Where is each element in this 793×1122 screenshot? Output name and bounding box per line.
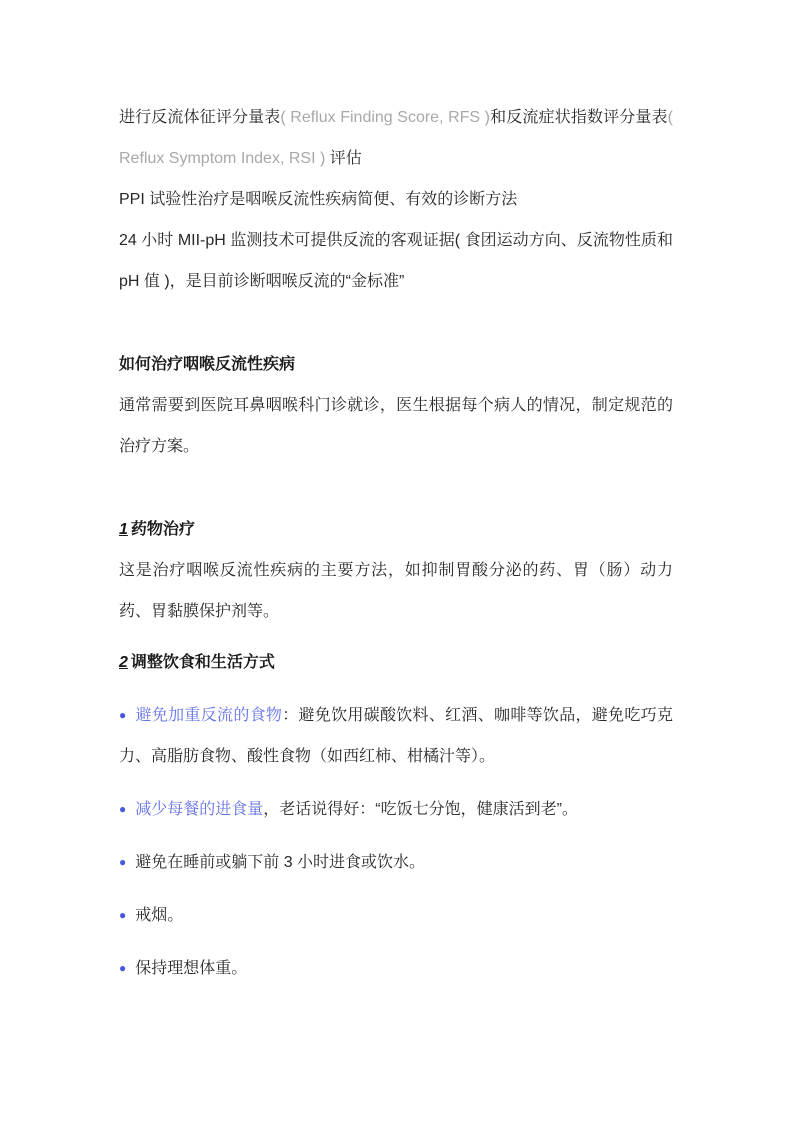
bullet-text-ideal-weight: 保持理想体重。 — [135, 960, 247, 977]
bullet-lead-smaller-meals: 减少每餐的进食量 — [135, 801, 263, 818]
bullet-item-ideal-weight: ●保持理想体重。 — [119, 948, 673, 989]
bullet-text-quit-smoking: 戒烟。 — [135, 907, 183, 924]
bullet-text-no-food-before-bed: 避免在睡前或躺下前 3 小时进食或饮水。 — [135, 854, 425, 871]
bullet-icon: ● — [119, 908, 126, 922]
intro-segment-cn-3: 评估 — [330, 150, 362, 167]
bullet-icon: ● — [119, 961, 126, 975]
bullet-item-smaller-meals: ●减少每餐的进食量，老话说得好：“吃饭七分饱，健康活到老”。 — [119, 789, 673, 830]
bullet-icon: ● — [119, 708, 127, 722]
bullet-text-smaller-meals: ，老话说得好：“吃饭七分饱，健康活到老”。 — [263, 801, 578, 818]
bullet-lead-avoid-foods: 避免加重反流的食物 — [136, 707, 283, 724]
bullet-item-no-food-before-bed: ●避免在睡前或躺下前 3 小时进食或饮水。 — [119, 842, 673, 883]
section-heading-how-to-treat: 如何治疗咽喉反流性疾病 — [119, 344, 673, 385]
paragraph-treatment-intro: 通常需要到医院耳鼻咽喉科门诊就诊，医生根据每个病人的情况，制定规范的治疗方案。 — [119, 385, 673, 467]
bullet-icon: ● — [119, 855, 126, 869]
paragraph-ppi-therapy: PPI 试验性治疗是咽喉反流性疾病简便、有效的诊断方法 — [119, 179, 673, 220]
paragraph-medication-body: 这是治疗咽喉反流性疾病的主要方法，如抑制胃酸分泌的药、胃（肠）动力药、胃黏膜保护… — [119, 550, 673, 632]
subsection-heading-medication: 1药物治疗 — [119, 509, 673, 550]
subsection-heading-lifestyle: 2调整饮食和生活方式 — [119, 642, 673, 683]
document-page: 进行反流体征评分量表( Reflux Finding Score, RFS )和… — [0, 0, 793, 1122]
bullet-icon: ● — [119, 802, 126, 816]
subsection-title-lifestyle: 调整饮食和生活方式 — [131, 654, 275, 671]
intro-segment-cn-1: 进行反流体征评分量表 — [119, 109, 280, 126]
intro-segment-en-rfs: ( Reflux Finding Score, RFS ) — [280, 109, 490, 126]
bullet-item-avoid-foods: ●避免加重反流的食物：避免饮用碳酸饮料、红酒、咖啡等饮品，避免吃巧克力、高脂肪食… — [119, 695, 673, 777]
paragraph-scoring-scales: 进行反流体征评分量表( Reflux Finding Score, RFS )和… — [119, 97, 673, 179]
paragraph-mii-ph-monitoring: 24 小时 MII-pH 监测技术可提供反流的客观证据( 食团运动方向、反流物性… — [119, 220, 673, 302]
subsection-title-medication: 药物治疗 — [131, 521, 195, 538]
subsection-number-1: 1 — [119, 521, 128, 538]
bullet-item-quit-smoking: ●戒烟。 — [119, 895, 673, 936]
subsection-number-2: 2 — [119, 654, 128, 671]
intro-segment-cn-2: 和反流症状指数评分量表 — [490, 109, 668, 126]
